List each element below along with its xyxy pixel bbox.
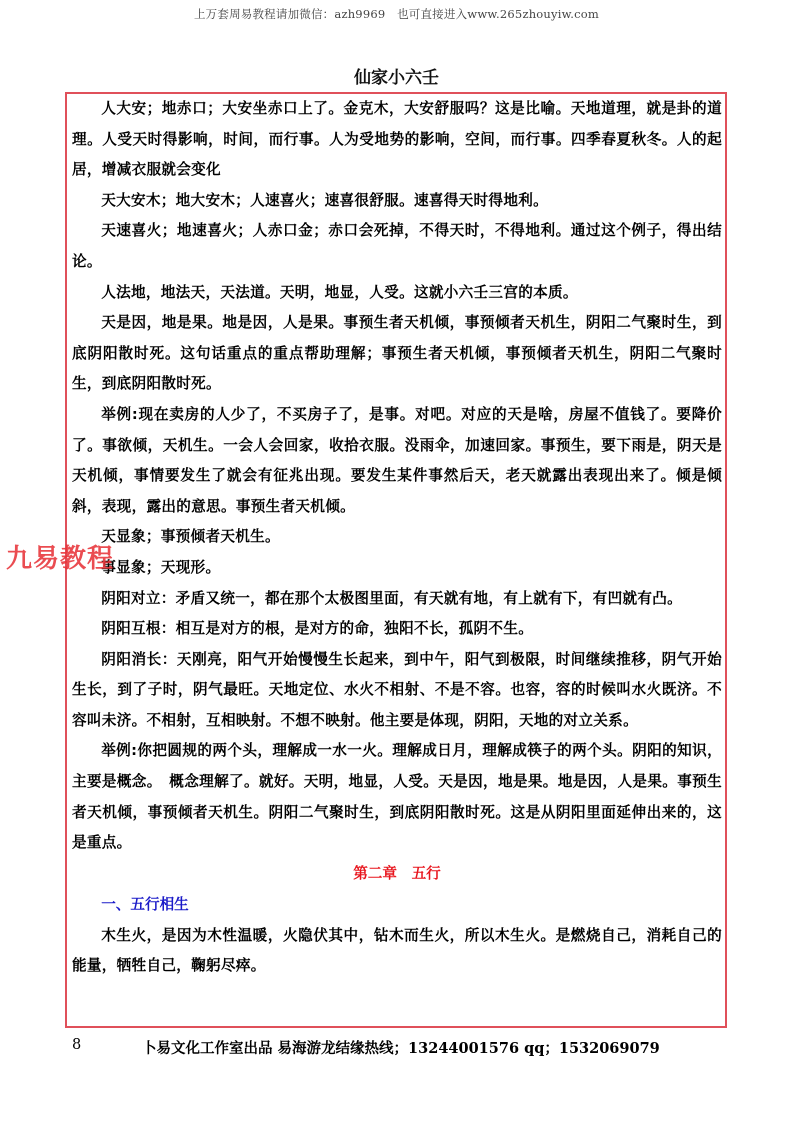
paragraph: 举例:你把圆规的两个头，理解成一水一火。理解成日月，理解成筷子的两个头。阴阳的知… xyxy=(72,736,722,858)
footer-text: 卜易文化工作室出品 易海游龙结缘热线；13244001576 qq；153206… xyxy=(142,1037,660,1058)
paragraph: 天是因，地是果。地是因，人是果。事预生者天机倾，事预倾者天机生，阴阳二气聚时生，… xyxy=(72,308,722,400)
paragraph: 举例:现在卖房的人少了，不买房子了，是事。对吧。对应的天是啥，房屋不值钱了。要降… xyxy=(72,400,722,522)
paragraph: 天大安木；地大安木；人速喜火；速喜很舒服。速喜得天时得地利。 xyxy=(72,186,722,217)
section-heading: 一、五行相生 xyxy=(72,889,722,921)
paragraph: 人法地，地法天，天法道。天明，地显，人受。这就小六壬三宫的本质。 xyxy=(72,278,722,309)
paragraph: 阴阳对立：矛盾又统一，都在那个太极图里面，有天就有地，有上就有下，有凹就有凸。 xyxy=(72,584,722,615)
paragraph: 人大安；地赤口；大安坐赤口上了。金克木，大安舒服吗？这是比喻。天地道理，就是卦的… xyxy=(72,94,722,186)
paragraph: 天显象；事预倾者天机生。 xyxy=(72,522,722,553)
header-watermark: 上万套周易教程请加微信：azh9969 也可直接进入www.265zhouyiw… xyxy=(0,6,793,22)
document-body: 人大安；地赤口；大安坐赤口上了。金克木，大安舒服吗？这是比喻。天地道理，就是卦的… xyxy=(72,94,722,982)
paragraph: 木生火，是因为木性温暖，火隐伏其中，钻木而生火，所以木生火。是燃烧自己，消耗自己… xyxy=(72,921,722,982)
watermark-stamp: 九易教程 xyxy=(6,538,114,575)
paragraph: 阴阳互根：相互是对方的根，是对方的命，独阳不长，孤阴不生。 xyxy=(72,614,722,645)
page-number: 8 xyxy=(72,1037,81,1053)
chapter-heading: 第二章 五行 xyxy=(72,859,722,889)
paragraph: 天速喜火；地速喜火；人赤口金；赤口会死掉，不得天时，不得地利。通过这个例子，得出… xyxy=(72,216,722,277)
page-title: 仙家小六壬 xyxy=(0,63,793,88)
paragraph: 阴阳消长：天刚亮，阳气开始慢慢生长起来，到中午，阳气到极限，时间继续推移，阴气开… xyxy=(72,645,722,737)
paragraph: 事显象；天现形。 xyxy=(72,553,722,584)
